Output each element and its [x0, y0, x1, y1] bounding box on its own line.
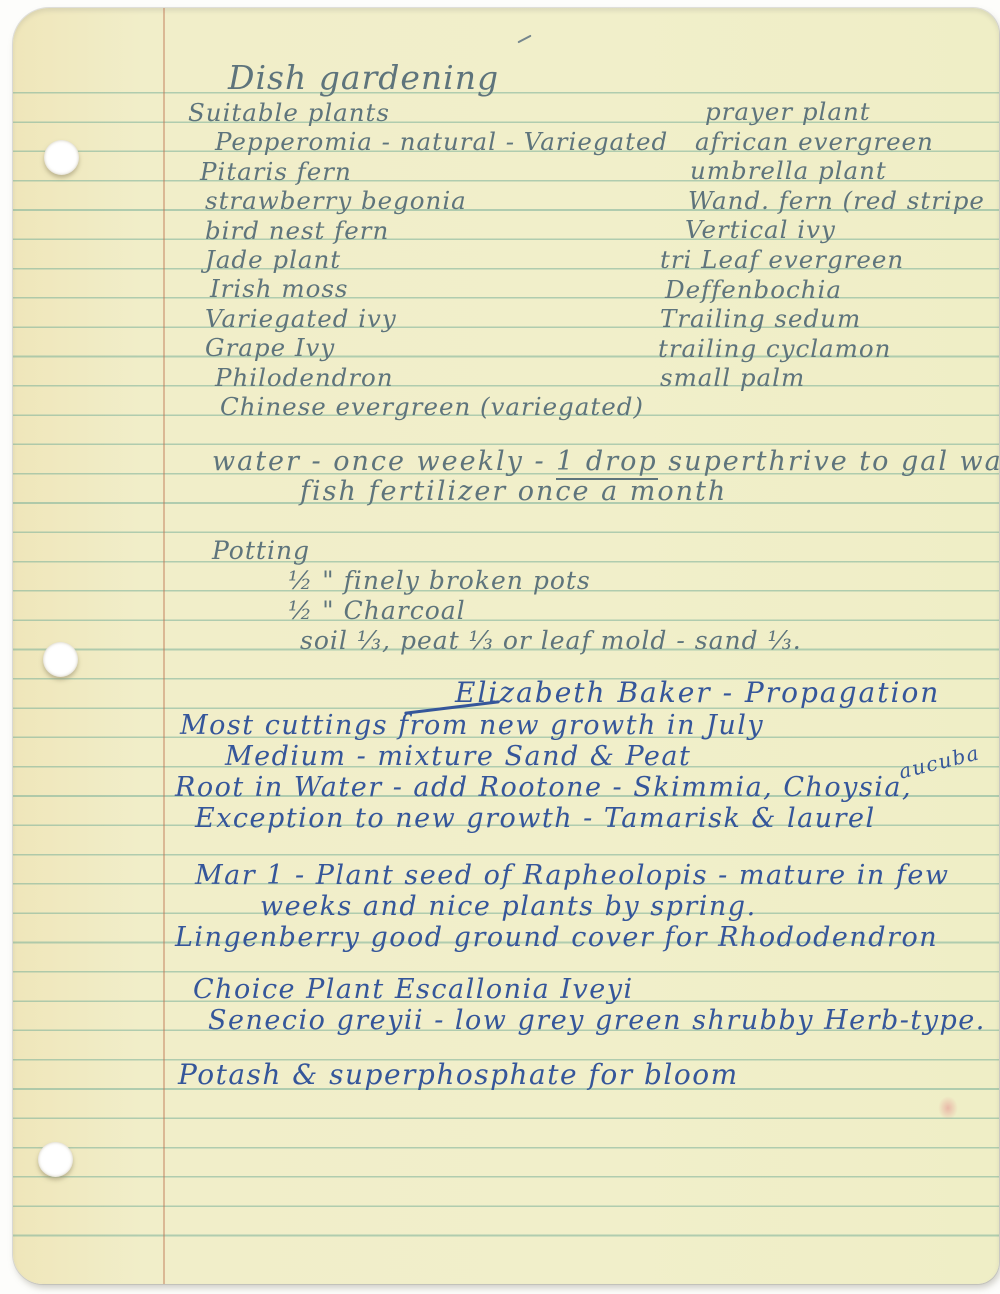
list-item: african evergreen	[695, 127, 985, 157]
watering-line-2: fish fertilizer once a month	[300, 477, 1000, 507]
note-line: Choice Plant Escallonia Iveyi	[193, 974, 986, 1005]
list-item: trailing cyclamon	[658, 334, 985, 364]
note-line: Lingenberry good ground cover for Rhodod…	[175, 922, 949, 953]
list-item: Pepperomia - natural - Variegated	[215, 127, 668, 156]
list-item: prayer plant	[705, 97, 985, 127]
potting-section: Potting ½ " finely broken pots ½ " Charc…	[212, 536, 802, 656]
list-item: Jade plant	[205, 245, 668, 274]
potting-item: ½ " Charcoal	[288, 596, 802, 626]
propagation-notes: Most cuttings from new growth in July Me…	[175, 710, 912, 834]
list-item: tri Leaf evergreen	[660, 245, 985, 275]
list-item: Philodendron	[215, 363, 668, 392]
margin-line	[163, 8, 165, 1284]
march-notes: Mar 1 - Plant seed of Rapheolopis - matu…	[175, 860, 949, 953]
list-item: bird nest fern	[205, 216, 668, 245]
list-item: small palm	[660, 363, 985, 393]
watering-note: water - once weekly - 1 drop superthrive…	[212, 447, 1000, 507]
choice-plant-notes: Choice Plant Escallonia Iveyi Senecio gr…	[193, 974, 986, 1036]
note-line: Root in Water - add Rootone - Skimmia, C…	[175, 772, 912, 803]
list-heading: Suitable plants	[188, 98, 668, 127]
note-line: Senecio greyii - low grey green shrubby …	[208, 1005, 986, 1036]
note-line: Medium - mixture Sand & Peat	[225, 741, 912, 772]
watering-line-1-post: superthrive to gal wat	[658, 446, 1000, 477]
list-item: Wand. fern (red stripe	[688, 186, 985, 216]
page-title: Dish gardening	[228, 58, 499, 97]
potting-heading: Potting	[212, 536, 802, 566]
scanned-notebook-page: Dish gardening Suitable plants Pepperomi…	[0, 0, 1000, 1294]
pink-smudge	[938, 1096, 958, 1120]
list-item: Trailing sedum	[660, 304, 985, 334]
list-item: Grape Ivy	[205, 333, 668, 362]
list-item: Chinese evergreen (variegated)	[220, 392, 668, 421]
note-line: Exception to new growth - Tamarisk & lau…	[195, 803, 912, 834]
list-item: Variegated ivy	[205, 304, 668, 333]
list-item: Irish moss	[210, 274, 668, 303]
propagation-heading: Elizabeth Baker - Propagation	[455, 676, 940, 709]
watering-line-1: water - once weekly - 1 drop superthrive…	[212, 447, 1000, 477]
plant-list-left: Suitable plants Pepperomia - natural - V…	[188, 98, 668, 421]
watering-line-1-pre: water - once weekly -	[212, 446, 556, 477]
final-note: Potash & superphosphate for bloom	[178, 1058, 739, 1091]
hole-punch-bottom	[38, 1142, 73, 1177]
note-line: Most cuttings from new growth in July	[180, 710, 912, 741]
hole-punch-middle	[43, 642, 78, 677]
list-item: strawberry begonia	[205, 186, 668, 215]
potting-item: soil ⅓, peat ⅓ or leaf mold - sand ⅓.	[300, 626, 802, 656]
plant-list-right: prayer plant african evergreen umbrella …	[655, 97, 985, 393]
note-line: Mar 1 - Plant seed of Rapheolopis - matu…	[195, 860, 949, 891]
hole-punch-top	[44, 140, 79, 175]
list-item: Deffenbochia	[665, 275, 985, 305]
list-item: Vertical ivy	[685, 215, 985, 245]
list-item: Pitaris fern	[200, 157, 668, 186]
watering-dose-underlined: 1 drop	[556, 446, 658, 480]
note-line: weeks and nice plants by spring.	[260, 891, 949, 922]
list-item: umbrella plant	[690, 156, 985, 186]
potting-item: ½ " finely broken pots	[288, 566, 802, 596]
